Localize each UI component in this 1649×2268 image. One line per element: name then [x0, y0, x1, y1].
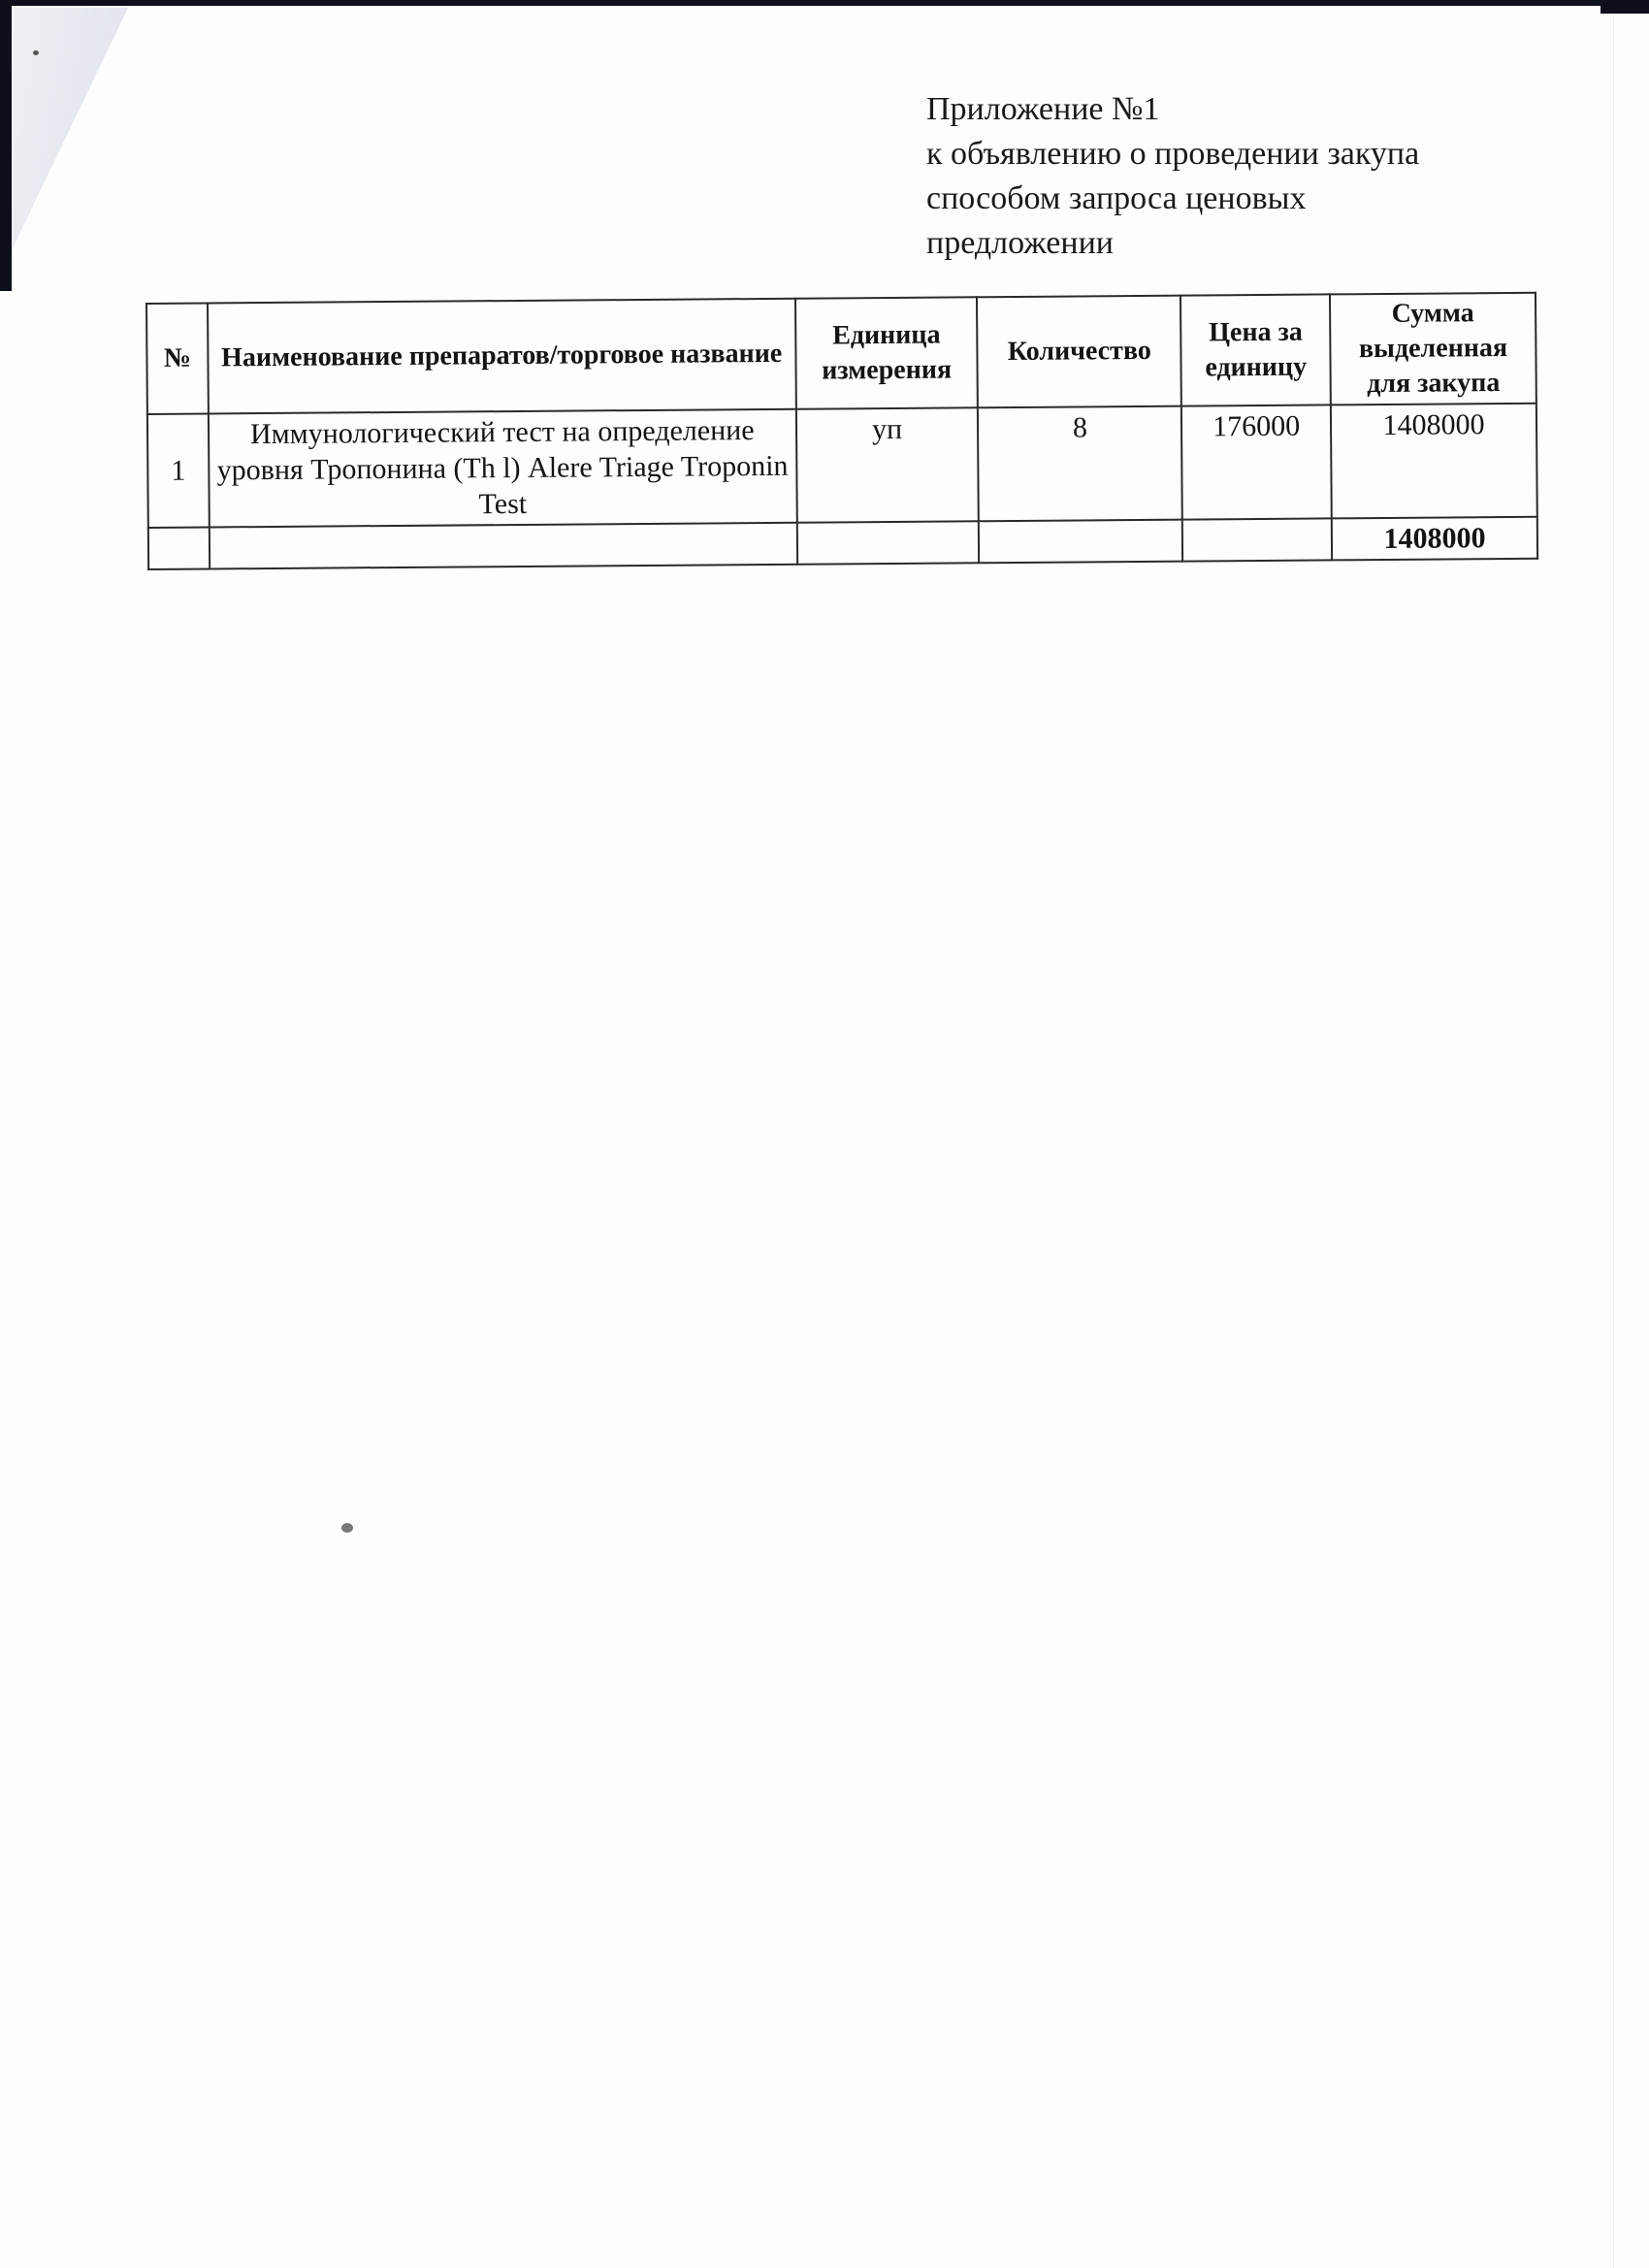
cell-quantity: 8 — [978, 406, 1182, 522]
header-quantity: Количество — [977, 296, 1181, 408]
cell-number: 1 — [147, 413, 210, 527]
scan-edge-right — [1613, 14, 1614, 2268]
annex-heading: Приложение №1 к объявлению о проведении … — [926, 87, 1419, 266]
annex-subtitle-line: способом запроса ценовых — [926, 177, 1419, 221]
cell-empty — [796, 521, 979, 564]
header-sum: Сумма выделенная для закупа — [1330, 293, 1536, 405]
cell-total: 1408000 — [1332, 517, 1537, 561]
annex-title: Приложение №1 — [926, 87, 1419, 132]
cell-unit: уп — [795, 407, 979, 522]
cell-price: 176000 — [1181, 405, 1332, 519]
cell-empty — [210, 523, 797, 569]
cell-empty — [148, 527, 210, 568]
table-row: 1 Иммунологический тест на определение у… — [147, 404, 1537, 528]
annex-subtitle-line: предложении — [926, 221, 1419, 266]
scan-border-corner — [1600, 0, 1649, 14]
header-price: Цена за единицу — [1180, 294, 1331, 405]
header-name: Наименование препаратов/торговое названи… — [208, 299, 796, 414]
cell-empty — [979, 520, 1182, 564]
header-number: № — [146, 303, 209, 413]
scan-border-left — [0, 0, 12, 291]
header-unit: Единица измерения — [795, 297, 979, 408]
annex-subtitle-line: к объявлению о проведении закупа — [926, 132, 1419, 177]
cell-empty — [1182, 518, 1332, 561]
cell-name: Иммунологический тест на определение уро… — [209, 409, 797, 528]
scan-border-top — [0, 0, 1649, 6]
table-header-row: № Наименование препаратов/торговое назва… — [146, 293, 1536, 414]
page-fold — [12, 8, 128, 250]
scan-speck — [341, 1523, 353, 1533]
scan-speck — [33, 50, 39, 55]
procurement-table: № Наименование препаратов/торговое назва… — [145, 292, 1538, 570]
cell-sum: 1408000 — [1331, 404, 1537, 519]
